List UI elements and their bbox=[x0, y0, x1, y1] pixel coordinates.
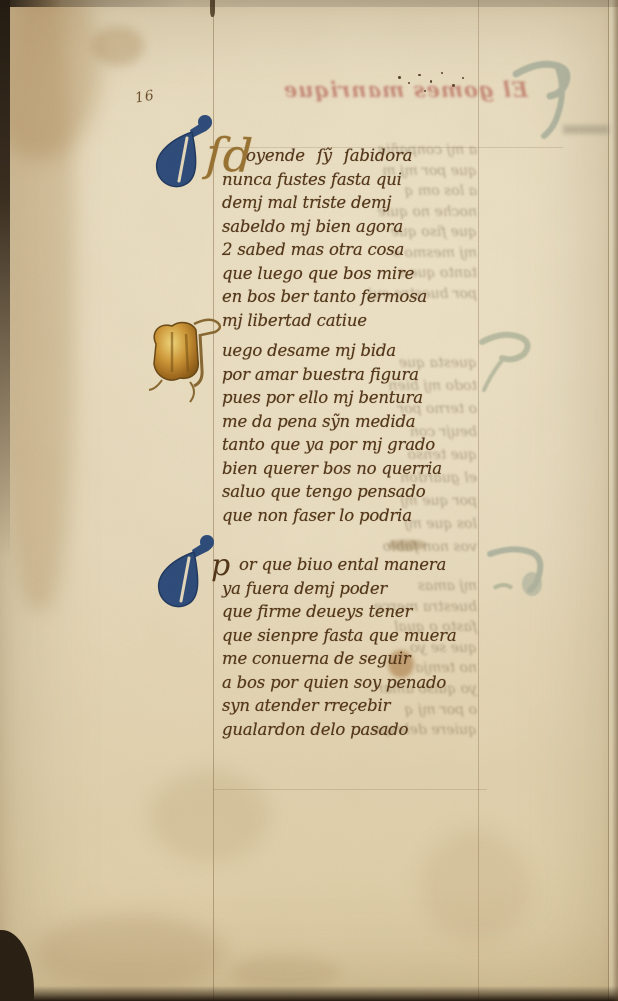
binding-edge-left bbox=[0, 0, 10, 560]
verse-line: a bos por quien soy penado bbox=[222, 671, 490, 695]
verse-line: que sienpre fasta que muera bbox=[222, 624, 490, 648]
illuminated-initial-gold bbox=[142, 312, 234, 406]
adjacent-leaf-strip bbox=[609, 0, 618, 1001]
page-corner-bottom-left bbox=[0, 930, 34, 1001]
rubric-showthrough: El gomes manrique bbox=[268, 77, 528, 109]
folio-number: 16 bbox=[134, 87, 156, 106]
stain bbox=[0, 0, 100, 160]
verse-line: saluo que tengo pensado bbox=[222, 480, 490, 504]
verse-line: oyende ſỹ ſabidora bbox=[222, 144, 490, 168]
verse-line: ya fuera demj poder bbox=[222, 577, 490, 601]
stain bbox=[150, 770, 270, 862]
verse-line: or que biuo ental manera bbox=[222, 553, 490, 577]
verse-line: me conuerna de seguir bbox=[222, 647, 490, 671]
verse-line: uego desame mj bida bbox=[222, 339, 490, 363]
verse-line: bien querer bos no querria bbox=[222, 457, 490, 481]
stain bbox=[92, 26, 144, 66]
verse-line: gualardon delo pasado bbox=[222, 718, 490, 742]
manuscript-photo: 16 El gomes manrique a mj conpañiaque po… bbox=[0, 0, 618, 1001]
verse-line: que non faser lo podria bbox=[222, 504, 490, 528]
verse-line: mj libertad catiue bbox=[222, 309, 490, 333]
verse-line: tanto que ya por mj grado bbox=[222, 433, 490, 457]
offset-initial-mark bbox=[486, 544, 550, 600]
parchment-page: 16 El gomes manrique a mj conpañiaque po… bbox=[0, 0, 618, 1001]
stain bbox=[4, 0, 74, 610]
verse-line: me da pena sỹn medida bbox=[222, 410, 490, 434]
ruling-line-bottom bbox=[213, 789, 487, 790]
verse-line: que firme deueys tener bbox=[222, 600, 490, 624]
ink-speck bbox=[418, 74, 421, 76]
verse-line: por amar buestra figura bbox=[222, 363, 490, 387]
ink-speck bbox=[441, 72, 443, 74]
verse-line: pues por ello mj bentura bbox=[222, 386, 490, 410]
stain bbox=[420, 830, 530, 942]
stanza: uego desame mj bidapor amar buestra figu… bbox=[222, 339, 490, 527]
verse-line: sabeldo mj bien agora bbox=[222, 215, 490, 239]
verse-line: que luego que bos mire bbox=[222, 262, 490, 286]
page-edge-top bbox=[0, 0, 618, 7]
page-edge-bottom bbox=[0, 986, 618, 1001]
ink-blot bbox=[210, 0, 215, 17]
offset-initial-mark bbox=[506, 56, 580, 146]
stain bbox=[230, 955, 340, 989]
verse-line: syn atender rreçebir bbox=[222, 694, 490, 718]
stanza: oyende ſỹ ſabidoranunca fustes fasta qui… bbox=[222, 144, 490, 332]
stanza: or que biuo ental maneraya fuera demj po… bbox=[222, 553, 490, 741]
verse-line: 2 sabed mas otra cosa bbox=[222, 238, 490, 262]
verse-line: en bos ber tanto fermosa bbox=[222, 285, 490, 309]
verse-line: nunca fustes fasta qui bbox=[222, 168, 490, 192]
stain bbox=[35, 915, 225, 990]
verse-line: demj mal triste demj bbox=[222, 191, 490, 215]
